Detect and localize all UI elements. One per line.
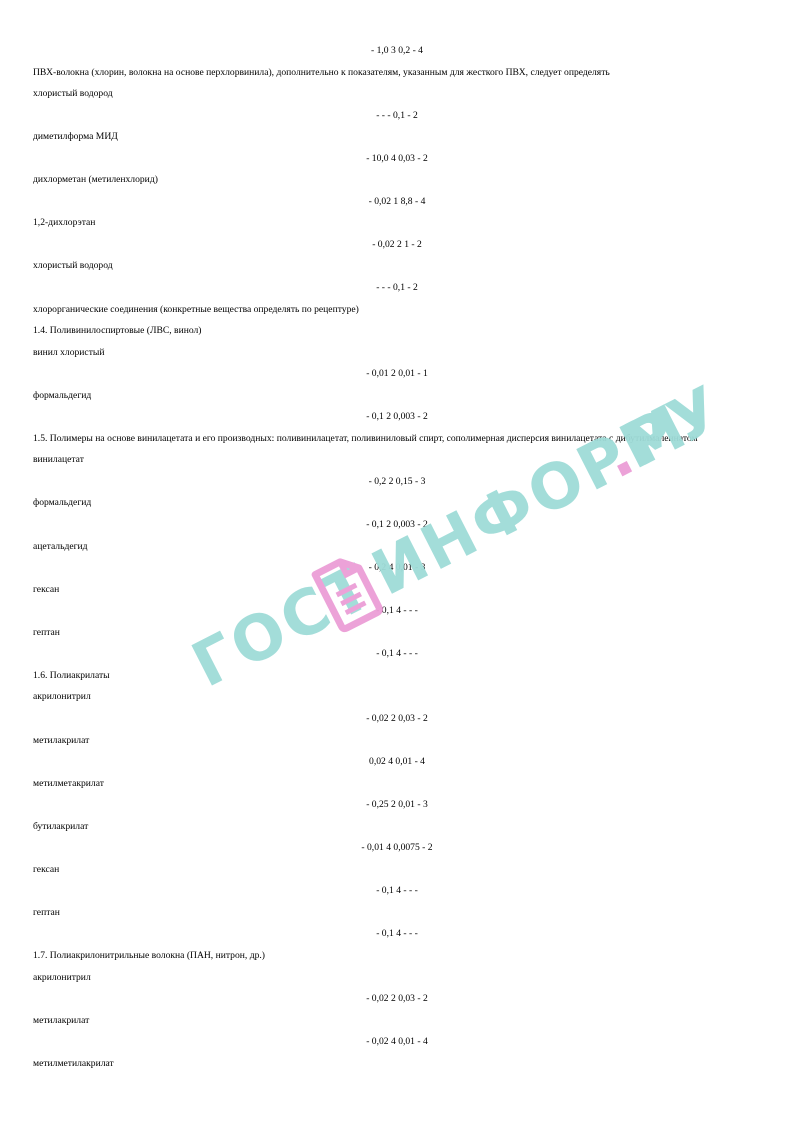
value-row: - 0,02 2 1 - 2	[33, 238, 761, 260]
substance-label: винил хлористый	[33, 346, 761, 368]
value-row: - 0,1 2 0,003 - 2	[33, 518, 761, 540]
section-heading: ПВХ-волокна (хлорин, волокна на основе п…	[33, 66, 761, 88]
value-row: - 0,2 2 0,15 - 3	[33, 475, 761, 497]
value-row: - 0,1 4 - - -	[33, 884, 761, 906]
substance-label: ацетальдегид	[33, 540, 761, 562]
substance-label: винилацетат	[33, 453, 761, 475]
value-row: - 0,25 2 0,01 - 3	[33, 798, 761, 820]
value-row: - 0,1 4 - - -	[33, 647, 761, 669]
substance-label: дихлорметан (метиленхлорид)	[33, 173, 761, 195]
document-page: - 1,0 3 0,2 - 4ПВХ-волокна (хлорин, воло…	[0, 0, 794, 1123]
substance-label: метилакрилат	[33, 1014, 761, 1036]
substance-label: бутилакрилат	[33, 820, 761, 842]
substance-label: метилметилакрилат	[33, 1057, 761, 1079]
substance-label: акрилонитрил	[33, 690, 761, 712]
document-body: - 1,0 3 0,2 - 4ПВХ-волокна (хлорин, воло…	[33, 44, 761, 1078]
substance-label: 1,2-дихлорэтан	[33, 216, 761, 238]
substance-label: метилакрилат	[33, 734, 761, 756]
section-heading: 1.6. Полиакрилаты	[33, 669, 761, 691]
value-row: - 0,02 1 8,8 - 4	[33, 195, 761, 217]
value-row: - 0,01 2 0,01 - 1	[33, 367, 761, 389]
value-row: - 1,0 3 0,2 - 4	[33, 44, 761, 66]
substance-label: метилметакрилат	[33, 777, 761, 799]
substance-label: гексан	[33, 583, 761, 605]
substance-label: гептан	[33, 906, 761, 928]
substance-label: хлористый водород	[33, 259, 761, 281]
substance-label: акрилонитрил	[33, 971, 761, 993]
section-heading: 1.7. Полиакрилонитрильные волокна (ПАН, …	[33, 949, 761, 971]
substance-label: гептан	[33, 626, 761, 648]
value-row: - 0,02 2 0,03 - 2	[33, 992, 761, 1014]
value-row: - 0,02 4 0,01 - 4	[33, 1035, 761, 1057]
value-row: 0,02 4 0,01 - 4	[33, 755, 761, 777]
substance-label: формальдегид	[33, 496, 761, 518]
section-heading: 1.4. Поливинилоспиртовые (ЛВС, винол)	[33, 324, 761, 346]
section-heading: хлорорганические соединения (конкретные …	[33, 303, 761, 325]
substance-label: диметилформа МИД	[33, 130, 761, 152]
value-row: - - - 0,1 - 2	[33, 281, 761, 303]
value-row: - 0,02 2 0,03 - 2	[33, 712, 761, 734]
substance-label: формальдегид	[33, 389, 761, 411]
substance-label: хлористый водород	[33, 87, 761, 109]
section-heading: 1.5. Полимеры на основе винилацетата и е…	[33, 432, 761, 454]
value-row: - 0,1 4 - - -	[33, 604, 761, 626]
value-row: - 0,01 4 0,0075 - 2	[33, 841, 761, 863]
value-row: - 0,1 4 - - -	[33, 927, 761, 949]
substance-label: гексан	[33, 863, 761, 885]
value-row: - - - 0,1 - 2	[33, 109, 761, 131]
value-row: - 0,2 4 0,01 - 3	[33, 561, 761, 583]
value-row: - 0,1 2 0,003 - 2	[33, 410, 761, 432]
value-row: - 10,0 4 0,03 - 2	[33, 152, 761, 174]
